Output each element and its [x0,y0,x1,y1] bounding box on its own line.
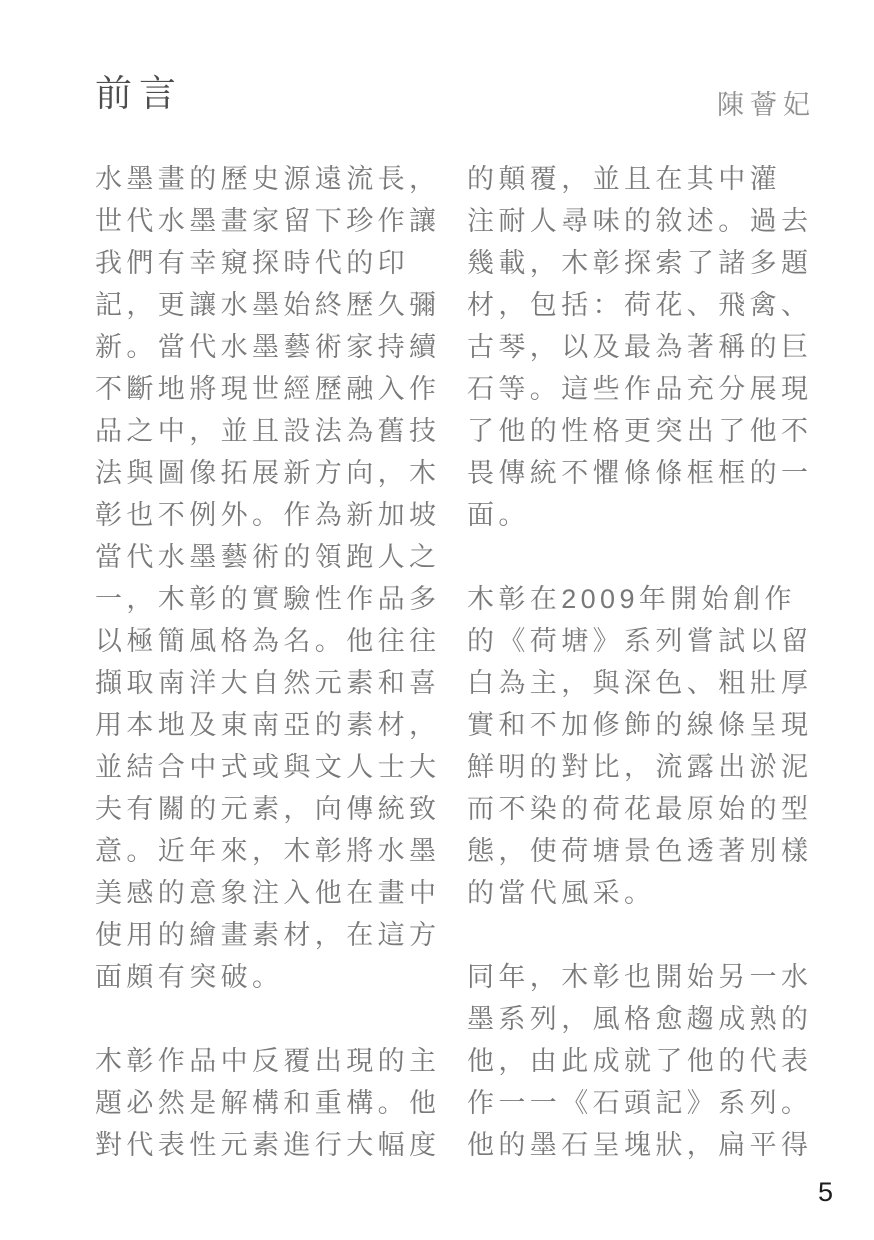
text-line: 以極簡風格為名。他往往 [95,620,465,662]
text-line: 面頗有突破。 [95,956,465,998]
text-line: 白為主，與深色、粗壯厚 [467,662,837,704]
text-line: 實和不加修飾的線條呈現 [467,704,837,746]
text-line: 美感的意象注入他在畫中 [95,872,465,914]
text-line: 材，包括：荷花、飛禽、 [467,284,837,326]
text-line: 他，由此成就了他的代表 [467,1040,837,1082]
text-line: 而不染的荷花最原始的型 [467,788,837,830]
text-line: 使用的繪畫素材，在這方 [95,914,465,956]
text-line: 他的墨石呈塊狀，扁平得 [467,1124,837,1166]
text-line: 彰也不例外。作為新加坡 [95,494,465,536]
book-page: 前言 陳薈妃 水墨畫的歷史源遠流長，世代水墨畫家留下珍作讓我們有幸窺探時代的印記… [0,0,874,1240]
text-line: 世代水墨畫家留下珍作讓 [95,200,465,242]
text-line: 法與圖像拓展新方向，木 [95,452,465,494]
text-line: 木彰作品中反覆出現的主 [95,1040,465,1082]
text-line: 並結合中式或與文人士大 [95,746,465,788]
text-line: 的當代風采。 [467,872,837,914]
page-number: 5 [818,1177,833,1207]
text-line: 一，木彰的實驗性作品多 [95,578,465,620]
text-line: 的《荷塘》系列嘗試以留 [467,620,837,662]
text-line: 鮮明的對比，流露出淤泥 [467,746,837,788]
text-line: 水墨畫的歷史源遠流長， [95,158,465,200]
text-line: 態，使荷塘景色透著別樣 [467,830,837,872]
text-column-right: 的顛覆，並且在其中灌注耐人尋味的敘述。過去幾載，木彰探索了諸多題材，包括：荷花、… [467,158,837,1166]
text-line: 木彰在2009年開始創作 [467,578,837,620]
paragraph: 的顛覆，並且在其中灌注耐人尋味的敘述。過去幾載，木彰探索了諸多題材，包括：荷花、… [467,158,837,536]
text-column-left: 水墨畫的歷史源遠流長，世代水墨畫家留下珍作讓我們有幸窺探時代的印記，更讓水墨始終… [95,158,465,1166]
text-line: 石等。這些作品充分展現 [467,368,837,410]
paragraph: 同年，木彰也開始另一水墨系列，風格愈趨成熟的他，由此成就了他的代表作一一《石頭記… [467,956,837,1166]
page-title: 前言 [95,74,183,114]
text-line: 不斷地將現世經歷融入作 [95,368,465,410]
text-line: 墨系列，風格愈趨成熟的 [467,998,837,1040]
text-line: 作一一《石頭記》系列。 [467,1082,837,1124]
text-line: 記，更讓水墨始終歷久彌 [95,284,465,326]
text-line: 幾載，木彰探索了諸多題 [467,242,837,284]
text-line: 古琴，以及最為著稱的巨 [467,326,837,368]
text-line: 注耐人尋味的敘述。過去 [467,200,837,242]
text-line: 了他的性格更突出了他不 [467,410,837,452]
text-line: 品之中，並且設法為舊技 [95,410,465,452]
text-line: 的顛覆，並且在其中灌 [467,158,837,200]
paragraph: 水墨畫的歷史源遠流長，世代水墨畫家留下珍作讓我們有幸窺探時代的印記，更讓水墨始終… [95,158,465,998]
author-name: 陳薈妃 [717,90,816,120]
text-line: 我們有幸窺探時代的印 [95,242,465,284]
text-line: 新。當代水墨藝術家持續 [95,326,465,368]
text-line: 畏傳統不懼條條框框的一 [467,452,837,494]
text-line: 同年，木彰也開始另一水 [467,956,837,998]
paragraph: 木彰作品中反覆出現的主題必然是解構和重構。他對代表性元素進行大幅度 [95,1040,465,1166]
text-line: 意。近年來，木彰將水墨 [95,830,465,872]
text-line: 擷取南洋大自然元素和喜 [95,662,465,704]
text-line: 對代表性元素進行大幅度 [95,1124,465,1166]
text-line: 面。 [467,494,837,536]
text-line: 題必然是解構和重構。他 [95,1082,465,1124]
text-line: 用本地及東南亞的素材， [95,704,465,746]
text-line: 當代水墨藝術的領跑人之 [95,536,465,578]
paragraph: 木彰在2009年開始創作的《荷塘》系列嘗試以留白為主，與深色、粗壯厚實和不加修飾… [467,578,837,914]
text-line: 夫有關的元素，向傳統致 [95,788,465,830]
